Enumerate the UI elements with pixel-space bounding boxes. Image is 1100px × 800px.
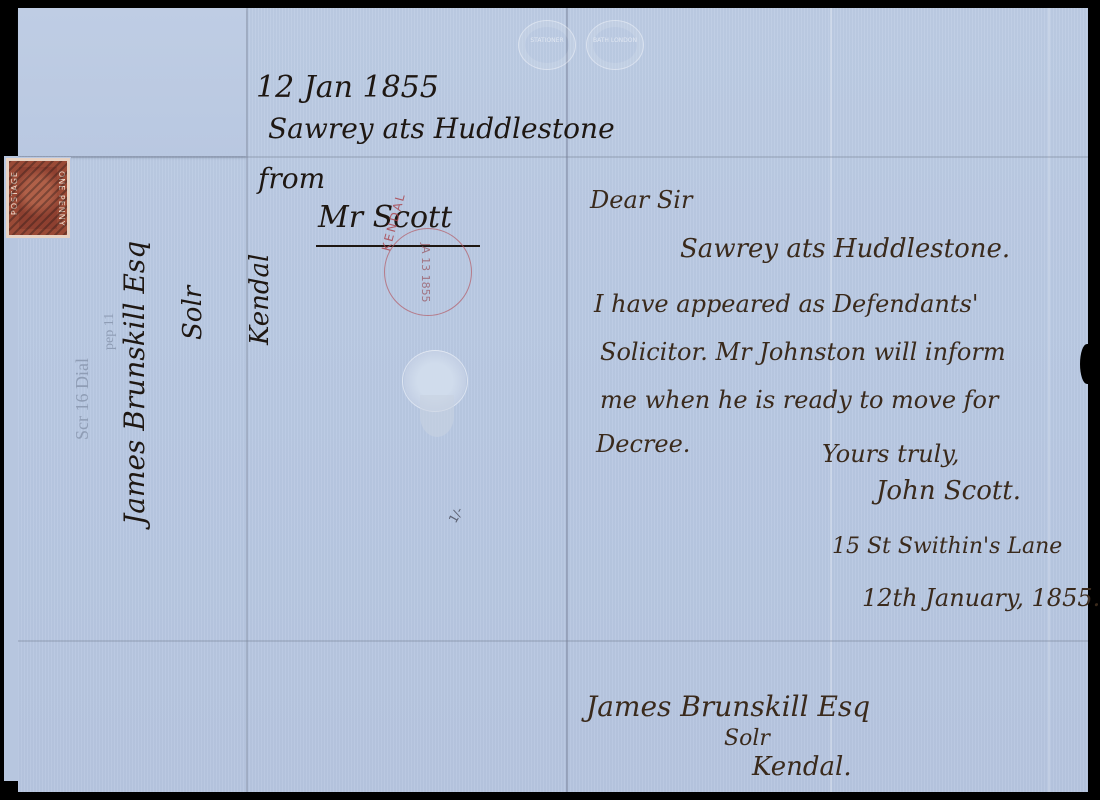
letter-subject: Sawrey ats Huddlestone. (680, 234, 1010, 264)
wax-seal-remnant (420, 395, 454, 437)
docket-case: Sawrey ats Huddlestone (268, 112, 615, 145)
sender-address: 15 St Swithin's Lane (832, 534, 1062, 559)
address-name: James Brunskill Esq (118, 241, 151, 525)
recipient-title: Solr (724, 726, 770, 751)
postmark-date: JA 13 1855 (419, 243, 432, 303)
postage-stamp: POSTAGE ONE PENNY (6, 158, 70, 238)
docket-date: 12 Jan 1855 (256, 70, 439, 105)
letter-body-line: Solicitor. Mr Johnston will inform (600, 338, 1006, 366)
pencil-note: pep 11 (102, 313, 118, 350)
letter-body-line: I have appeared as Defendants' (594, 290, 978, 318)
top-left-flap (18, 8, 246, 156)
letter-body-line: Decree. (596, 430, 690, 458)
embossed-stationer-mark: STATIONER (518, 20, 576, 70)
signature: John Scott. (876, 476, 1021, 506)
letter-date: 12th January, 1855. (862, 584, 1100, 612)
fold-line (1048, 8, 1050, 792)
embossed-stationer-mark: BATH LONDON (586, 20, 644, 70)
address-town: Kendal (245, 254, 275, 345)
closing: Yours truly, (822, 440, 959, 468)
address-title: Solr (178, 286, 208, 340)
cancellation-icon (9, 161, 67, 235)
kendal-postmark: KENDAL JA 13 1855 (384, 228, 472, 316)
docket-from-label: from (258, 162, 325, 195)
recipient-town: Kendal. (752, 752, 852, 782)
fold-line (246, 8, 248, 792)
fold-line (18, 640, 1088, 642)
recipient-name: James Brunskill Esq (586, 690, 870, 723)
fold-line (18, 156, 1088, 158)
salutation: Dear Sir (590, 186, 692, 214)
pencil-note: Scr 16 Dial (72, 358, 93, 440)
sheet-edge (4, 156, 18, 781)
edge-tear (1080, 344, 1094, 384)
letter-body-line: me when he is ready to move for (600, 386, 998, 414)
